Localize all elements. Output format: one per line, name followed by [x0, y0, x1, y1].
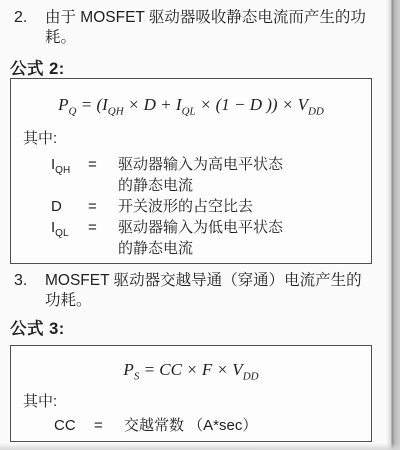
definition-line-1: 驱动器输入为低电平状态: [118, 217, 371, 238]
definition-line-2: 的静态电流: [118, 175, 371, 196]
eq-subscript: DD: [308, 105, 324, 117]
definition-text: 驱动器输入为低电平状态的静态电流: [118, 217, 371, 259]
formula-3-box: PS = CC × F × VDD 其中: CC = 交越常数 （A*sec）: [10, 345, 372, 442]
list-item-2: 2. 由于 MOSFET 驱动器吸收静态电流而产生的功耗。: [14, 8, 375, 48]
term-base: CC: [54, 417, 76, 434]
eq-token: P: [123, 360, 133, 379]
where-label: 其中:: [23, 393, 371, 411]
term-subscript: QH: [55, 165, 70, 176]
page-edge-shadow-right: [386, 0, 400, 450]
eq-subscript: QL: [182, 105, 196, 117]
eq-token: × D +: [124, 95, 176, 114]
term-symbol: CC: [54, 415, 94, 436]
definition-line-2: 的静态电流: [118, 238, 371, 259]
formula-3-equation: PS = CC × F × VDD: [11, 359, 371, 381]
item-2-text: 由于 MOSFET 驱动器吸收静态电流而产生的功耗。: [45, 8, 375, 48]
definition-text: 开关波形的占空比去: [118, 196, 371, 217]
eq-token: = CC × F ×: [139, 360, 232, 379]
definition-text: 驱动器输入为高电平状态的静态电流: [118, 154, 371, 196]
where-label: 其中:: [23, 130, 371, 148]
eq-token: P: [58, 95, 68, 114]
definition-row: CC = 交越常数 （A*sec）: [54, 415, 371, 436]
definition-line-1: 开关波形的占空比去: [118, 196, 371, 217]
term-base: D: [51, 198, 62, 215]
item-2-number: 2.: [14, 8, 45, 48]
definition-line-1: 交越常数 （A*sec）: [124, 415, 371, 436]
definition-row: D = 开关波形的占空比去: [51, 196, 371, 217]
equals-sign: =: [88, 154, 118, 196]
item-3-number: 3.: [14, 271, 45, 311]
eq-token: V: [232, 360, 242, 379]
definition-row: IQH = 驱动器输入为高电平状态的静态电流: [51, 154, 371, 196]
term-subscript: QL: [55, 228, 68, 239]
list-item-3: 3. MOSFET 驱动器交越导通（穿通）电流产生的功耗。: [14, 271, 375, 311]
definition-text: 交越常数 （A*sec）: [124, 415, 371, 436]
term-symbol: IQL: [51, 217, 88, 259]
definition-line-1: 驱动器输入为高电平状态: [118, 154, 371, 175]
eq-token: = (: [76, 95, 102, 114]
formula-2-definitions: IQH = 驱动器输入为高电平状态的静态电流 D = 开关波形的占空比去 IQL…: [51, 154, 371, 259]
term-symbol: D: [51, 196, 88, 217]
eq-subscript: DD: [243, 370, 259, 382]
equals-sign: =: [94, 415, 124, 436]
formula-2-equation: PQ = (IQH × D + IQL × (1 − D )) × VDD: [11, 94, 371, 116]
formula-3-heading: 公式 3:: [10, 315, 65, 339]
eq-token: V: [298, 95, 308, 114]
document-page: 2. 由于 MOSFET 驱动器吸收静态电流而产生的功耗。 公式 2: PQ =…: [0, 0, 400, 450]
equals-sign: =: [88, 196, 118, 217]
formula-2-box: PQ = (IQH × D + IQL × (1 − D )) × VDD 其中…: [10, 78, 372, 264]
formula-3-definitions: CC = 交越常数 （A*sec）: [54, 415, 371, 436]
formula-2-heading: 公式 2:: [10, 55, 65, 79]
equals-sign: =: [88, 217, 118, 259]
definition-row: IQL = 驱动器输入为低电平状态的静态电流: [51, 217, 371, 259]
eq-subscript: QH: [108, 105, 124, 117]
eq-token: × (1 − D )) ×: [196, 95, 298, 114]
item-3-text: MOSFET 驱动器交越导通（穿通）电流产生的功耗。: [45, 271, 375, 311]
term-symbol: IQH: [51, 154, 88, 196]
page-edge-shadow-bottom: [0, 443, 400, 450]
